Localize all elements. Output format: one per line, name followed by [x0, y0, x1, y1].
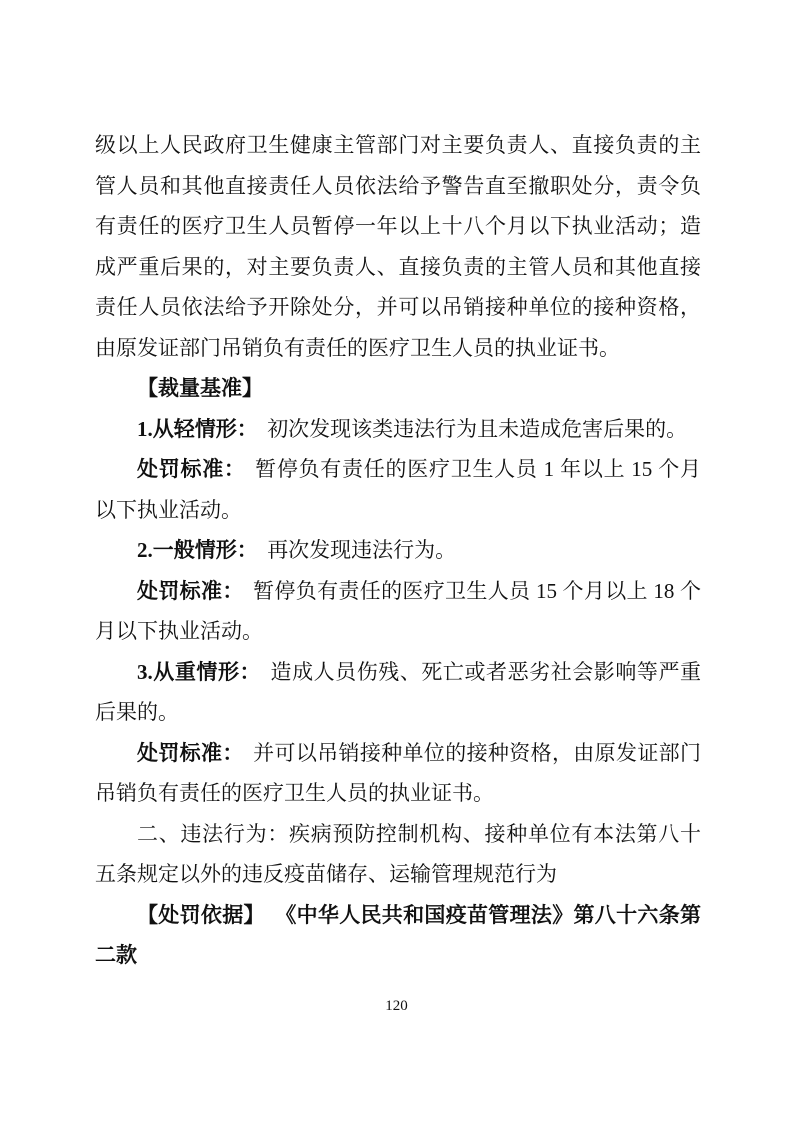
paragraph-severe-penalty: 处罚标准：并可以吊销接种单位的接种资格，由原发证部门吊销负有责任的医疗卫生人员的…	[95, 733, 701, 814]
paragraph-lenient-penalty: 处罚标准：暂停负有责任的医疗卫生人员 1 年以上 15 个月以下执业活动。	[95, 449, 701, 530]
heading-discretion-criteria: 【裁量基准】	[95, 368, 701, 409]
paragraph-general-circumstance: 2.一般情形：再次发现违法行为。	[95, 530, 701, 571]
paragraph-severe-circumstance: 3.从重情形：造成人员伤残、死亡或者恶劣社会影响等严重后果的。	[95, 652, 701, 733]
paragraph-penalty-continuation: 级以上人民政府卫生健康主管部门对主要负责人、直接负责的主管人员和其他直接责任人员…	[95, 125, 701, 368]
paragraph-penalty-basis: 【处罚依据】《中华人民共和国疫苗管理法》第八十六条第二款	[95, 895, 701, 976]
penalty-basis-label: 【处罚依据】	[137, 903, 265, 927]
severe-circumstance-label: 3.从重情形：	[137, 660, 261, 684]
general-circumstance-text: 再次发现违法行为。	[267, 538, 456, 562]
lenient-penalty-label: 处罚标准：	[137, 457, 246, 481]
document-body: 级以上人民政府卫生健康主管部门对主要负责人、直接负责的主管人员和其他直接责任人员…	[95, 125, 701, 976]
document-page: 级以上人民政府卫生健康主管部门对主要负责人、直接负责的主管人员和其他直接责任人员…	[0, 0, 793, 1122]
page-number: 120	[0, 996, 793, 1016]
lenient-circumstance-label: 1.从轻情形：	[137, 417, 258, 441]
general-circumstance-label: 2.一般情形：	[137, 538, 258, 562]
paragraph-lenient-circumstance: 1.从轻情形：初次发现该类违法行为且未造成危害后果的。	[95, 409, 701, 450]
general-penalty-label: 处罚标准：	[137, 579, 244, 603]
paragraph-violation-two: 二、违法行为：疾病预防控制机构、接种单位有本法第八十五条规定以外的违反疫苗储存、…	[95, 814, 701, 895]
lenient-circumstance-text: 初次发现该类违法行为且未造成危害后果的。	[267, 417, 687, 441]
severe-penalty-label: 处罚标准：	[137, 741, 244, 765]
paragraph-general-penalty: 处罚标准：暂停负有责任的医疗卫生人员 15 个月以上 18 个月以下执业活动。	[95, 571, 701, 652]
